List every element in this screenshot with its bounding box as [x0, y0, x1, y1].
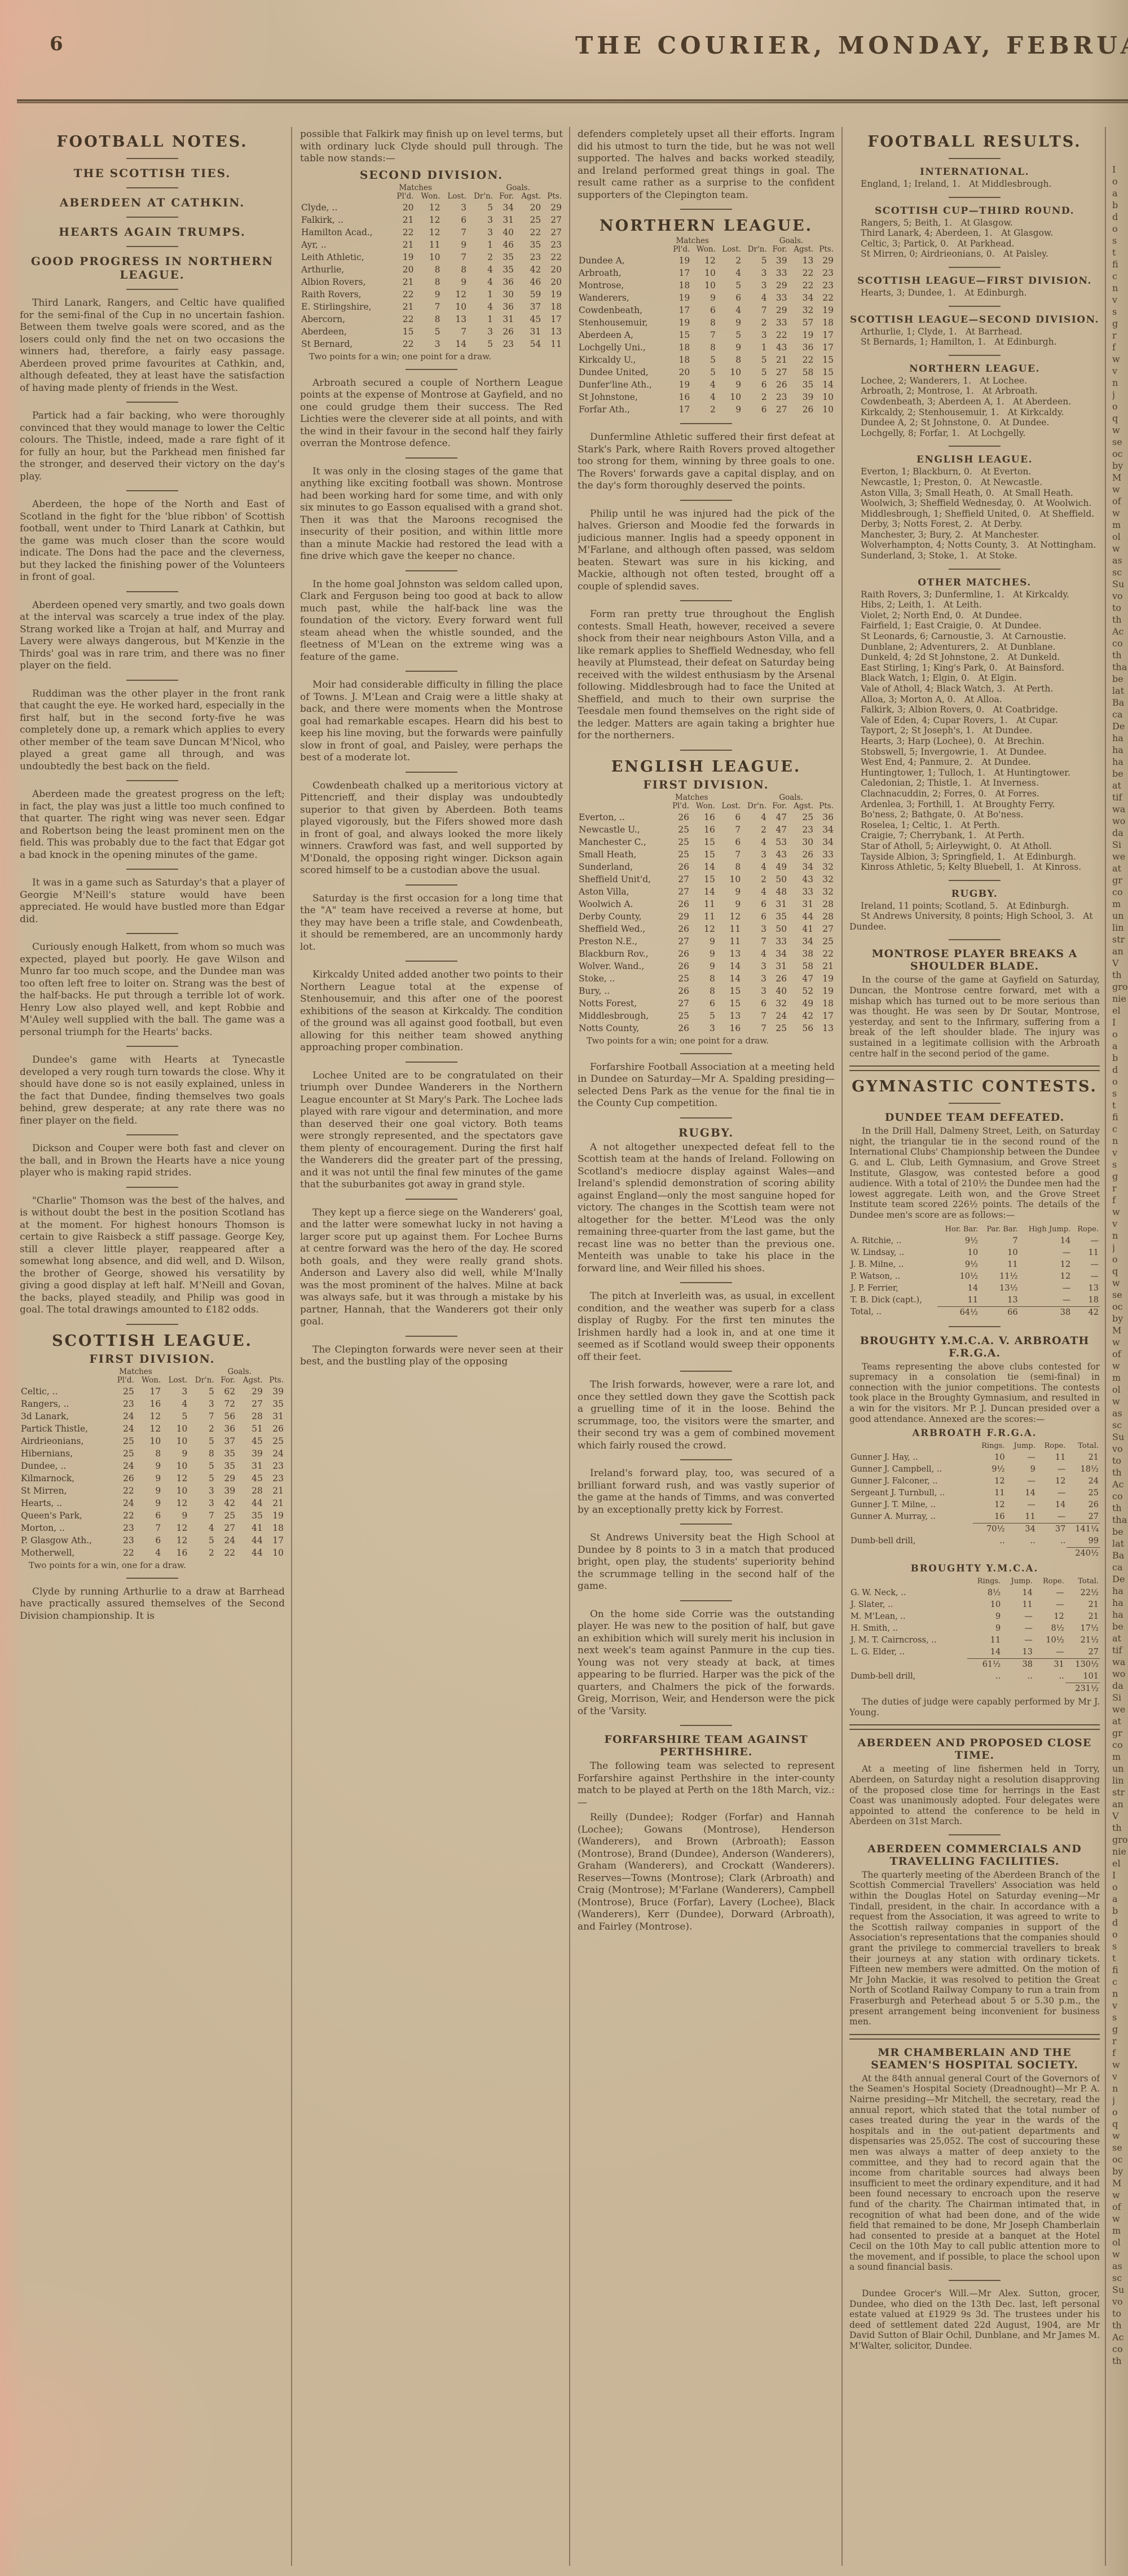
edge-text-fragment: tif: [1112, 791, 1128, 803]
table-cell: 34: [788, 861, 814, 873]
table-cell: 25: [1067, 1487, 1100, 1499]
gym-table: Hor. Bar.Par. Bar.High Jump.Rope.A. Ritc…: [849, 1223, 1100, 1319]
table-cell: 59: [515, 288, 542, 301]
section-divider: [949, 1326, 1001, 1327]
table-cell: 9: [717, 316, 742, 329]
paragraph: Clyde by running Arthurlie to a draw at …: [20, 1586, 285, 1623]
table-cell: Dr'n.: [742, 245, 768, 254]
edge-text-fragment: g: [1112, 1170, 1128, 1182]
table-cell: [849, 1575, 967, 1587]
table-cell: 5: [162, 1410, 188, 1423]
table-cell: M. M'Lean, ..: [849, 1611, 967, 1623]
table-cell: 11: [415, 239, 441, 251]
paragraph: In the Drill Hall, Dalmeny Street, Leith…: [849, 1126, 1100, 1220]
table-cell: Airdrieonians,: [20, 1435, 111, 1447]
table-cell: 19: [668, 378, 691, 391]
table-cell: Jump.: [1006, 1440, 1037, 1452]
edge-text-fragment: s: [1112, 235, 1128, 246]
section-headline: FOOTBALL NOTES.: [20, 133, 285, 151]
edge-text-fragment: n: [1112, 2082, 1128, 2094]
table-cell: 51: [236, 1423, 264, 1435]
table-row: Notts Forest,276156324918: [578, 997, 835, 1010]
table-cell: 13: [814, 1022, 835, 1034]
result-line: Falkirk, 3; Albion Rovers, 0. At Coatbri…: [849, 704, 1100, 715]
edge-text-fragment: w: [1112, 2213, 1128, 2225]
table-cell: Gunner A. Murray, ..: [849, 1511, 973, 1523]
table-cell: Pts.: [814, 245, 835, 254]
table-cell: 5: [691, 366, 717, 378]
league-table: MatchesGoals.Pl'd.Won.Lost.Dr'n.For.Agst…: [578, 794, 835, 1046]
table-cell: 6: [742, 403, 768, 416]
table-cell: 3: [742, 985, 768, 997]
table-cell: Kilmarnock,: [20, 1472, 111, 1485]
table-cell: 26: [667, 898, 690, 910]
table-cell: 7: [716, 848, 742, 861]
table-cell: 27: [768, 403, 788, 416]
table-cell: 5: [188, 1534, 215, 1547]
edge-text-fragment: w: [1112, 2059, 1128, 2071]
paragraph: Philip until he was injured had the pick…: [578, 508, 835, 593]
paragraph: They kept up a fierce siege on the Wande…: [300, 1207, 563, 1328]
table-cell: P. Watson, ..: [849, 1271, 937, 1283]
table-cell: Pts.: [542, 192, 563, 201]
table-cell: Aston Villa,: [578, 886, 667, 898]
result-line: Vale of Eden, 4; Cupar Rovers, 1. At Cup…: [849, 715, 1100, 726]
table-row: G. W. Neck, ..8½14—22½: [849, 1587, 1100, 1599]
table-cell: 5: [188, 1385, 215, 1398]
table-cell: 19: [542, 288, 563, 301]
edge-text-fragment: v: [1112, 2071, 1128, 2082]
section-divider: [406, 1336, 457, 1337]
result-line: Vale of Atholl, 4; Black Watch, 3. At Pe…: [849, 684, 1100, 694]
edge-text-fragment: w: [1112, 507, 1128, 519]
paragraph: Aberdeen, the hope of the North and East…: [20, 499, 285, 584]
table-cell: 12: [1034, 1611, 1065, 1623]
table-cell: Agst.: [236, 1376, 264, 1385]
table-cell: 12: [415, 214, 441, 226]
result-line: St Bernards, 1; Hamilton, 1. At Edinburg…: [849, 337, 1100, 347]
table-row: Bury, ..268153405219: [578, 985, 835, 997]
table-row: Sheffield Unit'd,2715102504332: [578, 873, 835, 886]
table-cell: 10: [162, 1485, 188, 1497]
table-cell: —: [1072, 1259, 1100, 1271]
table-cell: 12: [135, 1423, 162, 1435]
table-cell: 11: [716, 923, 742, 935]
table-cell: 10: [415, 251, 441, 263]
table-cell: Derby County,: [578, 910, 667, 923]
table-cell: 12: [135, 1410, 162, 1423]
paragraph: Aberdeen opened very smartly, and two go…: [20, 600, 285, 672]
table-cell: 48: [768, 886, 788, 898]
table-cell: Notts Forest,: [578, 997, 667, 1010]
edge-text-fragment: s: [1112, 1159, 1128, 1170]
table-row: Wanderers,19964333422: [578, 292, 835, 304]
table-cell: 21: [391, 276, 415, 288]
table-cell: 39: [768, 254, 788, 267]
table-cell: 8: [690, 985, 716, 997]
table-cell: 15: [716, 985, 742, 997]
result-line: St Andrews University, 8 points; High Sc…: [849, 911, 1100, 932]
table-cell: 3: [742, 848, 768, 861]
edge-text-fragment: oc: [1112, 2154, 1128, 2165]
table-cell: 6: [135, 1534, 162, 1547]
table-cell: 49: [788, 997, 814, 1010]
article-headline: DUNDEE TEAM DEFEATED.: [853, 1111, 1096, 1124]
table-row: Dundee United,205105275815: [578, 366, 835, 378]
result-line: Ardenlea, 3; Forthill, 1. At Broughty Fe…: [849, 799, 1100, 810]
section-subhead: RUGBY.: [578, 1126, 835, 1139]
table-header-row: Pl'd.Won.Lost.Dr'n.For.Agst.Pts.: [20, 1376, 285, 1385]
table-cell: 26: [667, 1022, 690, 1034]
table-cell: Agst.: [788, 802, 814, 811]
table-header-row: Pl'd.Won.Lost.Dr'n.For.Agst.Pts.: [300, 192, 563, 201]
section-divider: [680, 423, 732, 424]
table-cell: Dumb-bell drill,: [849, 1535, 973, 1548]
table-cell: 12: [441, 288, 468, 301]
table-cell: Dundee United,: [578, 366, 668, 378]
table-cell: 7: [716, 824, 742, 836]
table-cell: St Mirren,: [20, 1485, 111, 1497]
results-title: SCOTTISH LEAGUE—SECOND DIVISION.: [849, 314, 1100, 325]
table-cell: 2: [188, 1423, 215, 1435]
table-cell: 34: [814, 836, 835, 848]
edge-text-fragment: o: [1112, 223, 1128, 235]
table-cell: 4: [691, 391, 717, 403]
table-cell: 4: [468, 276, 494, 288]
edge-text-fragment: of: [1112, 2201, 1128, 2213]
table-cell: 56: [788, 1022, 814, 1034]
table-cell: 21: [391, 239, 415, 251]
section-divider: [680, 1371, 732, 1372]
table-cell: 14: [716, 960, 742, 972]
table-cell: [849, 1223, 937, 1235]
section-divider: [406, 369, 457, 370]
table-row: P. Watson, ..10½11½12—: [849, 1271, 1100, 1283]
table-cell: Gunner J. T. Milne, ..: [849, 1499, 973, 1511]
table-row: Derby County,2911126354428: [578, 910, 835, 923]
section-divider: [949, 2280, 1001, 2281]
table-cell: 52: [788, 985, 814, 997]
paragraph: Form ran pretty true throughout the Engl…: [578, 609, 835, 742]
table-cell: 30: [494, 288, 515, 301]
results-title: SCOTTISH CUP—THIRD ROUND.: [849, 205, 1100, 217]
table-cell: 27: [667, 886, 690, 898]
table-cell: 29: [215, 1472, 236, 1485]
table-cell: L. G. Elder, ..: [849, 1646, 967, 1659]
table-cell: 35: [788, 378, 815, 391]
table-header-row: Rings.Jump.Rope.Total.: [849, 1575, 1100, 1587]
table-cell: 8: [690, 972, 716, 985]
table-cell: 17: [264, 1534, 285, 1547]
table-cell: [973, 1548, 1006, 1560]
table-cell: 19: [788, 329, 815, 341]
table-cell: 41: [236, 1522, 264, 1534]
table-row: Queen's Park,22697253519: [20, 1509, 285, 1522]
table-cell: 4: [468, 263, 494, 276]
paragraph: A not altogether unexpected defeat fell …: [578, 1142, 835, 1275]
subtotal-row: 70½3437141¼: [849, 1523, 1100, 1536]
table-cell: 12: [1019, 1271, 1072, 1283]
section-divider: [949, 569, 1001, 570]
table-cell: Won.: [135, 1376, 162, 1385]
table-cell: 43: [788, 873, 814, 886]
table-cell: Rings.: [973, 1440, 1006, 1452]
edge-text-fragment: sc: [1112, 2272, 1128, 2284]
paragraph: possible that Falkirk may finish up on l…: [300, 129, 563, 165]
edge-text-fragment: f: [1112, 341, 1128, 353]
table-cell: 24: [1067, 1476, 1100, 1487]
gym-table-grid: Hor. Bar.Par. Bar.High Jump.Rope.A. Ritc…: [849, 1223, 1100, 1319]
table-cell: 33: [768, 935, 788, 948]
table-cell: 9: [690, 948, 716, 960]
edge-text-fragment: v: [1112, 365, 1128, 377]
table-cell: 27: [542, 226, 563, 239]
table-cell: 36: [788, 341, 815, 354]
table-cell: 27: [215, 1522, 236, 1534]
table-cell: 7: [742, 1010, 768, 1022]
table-cell: 18: [814, 316, 835, 329]
result-line: Lochee, 2; Wanderers, 1. At Lochee.: [849, 376, 1100, 386]
table-cell: 26: [788, 848, 814, 861]
table-cell: 9: [135, 1472, 162, 1485]
edge-text-fragment: th: [1112, 1502, 1128, 1514]
edge-text-fragment: lin: [1112, 1774, 1128, 1786]
edge-text-fragment: w: [1112, 424, 1128, 436]
dumbbell-row: Dumb-bell drill,......101: [849, 1671, 1100, 1683]
table-cell: St Johnstone,: [578, 391, 668, 403]
table-cell: Rope.: [1037, 1440, 1067, 1452]
table-cell: 25: [667, 972, 690, 985]
edge-text-fragment: j: [1112, 1241, 1128, 1253]
column-rule: [841, 127, 843, 2566]
table-cell: 2: [742, 316, 768, 329]
table-cell: 22: [391, 313, 415, 325]
gym-table-grid: Rings.Jump.Rope.Total.G. W. Neck, ..8½14…: [849, 1575, 1100, 1695]
table-row: Ayr, ..211191463523: [300, 239, 563, 251]
table-cell: 53: [768, 836, 788, 848]
table-cell: 56: [215, 1410, 236, 1423]
table-cell: 5: [188, 1435, 215, 1447]
table-cell: 8½: [967, 1587, 1002, 1599]
table-cell: 15: [391, 325, 415, 338]
table-row: Partick Thistle,2412102365126: [20, 1423, 285, 1435]
table-cell: 23: [111, 1522, 135, 1534]
section-divider: [680, 500, 732, 501]
edge-text-fragment: a: [1112, 1040, 1128, 1052]
edge-text-fragment: sc: [1112, 1419, 1128, 1431]
edge-text-fragment: o: [1112, 1253, 1128, 1265]
table-cell: 10: [441, 301, 468, 313]
table-cell: 42: [788, 1010, 814, 1022]
table-cell: 2: [742, 391, 768, 403]
table-cell: Cowdenbeath,: [578, 304, 668, 316]
table-cell: 50: [768, 873, 788, 886]
table-row: E. Stirlingshire,217104363718: [300, 301, 563, 313]
table-cell: 21: [1065, 1599, 1100, 1611]
table-row: Notts County,263167255613: [578, 1022, 835, 1034]
table-row: Middlesbrough,255137244217: [578, 1010, 835, 1022]
table-cell: Hearts, ..: [20, 1497, 111, 1509]
section-divider: [406, 457, 457, 459]
edge-text-fragment: ca: [1112, 708, 1128, 720]
edge-text-fragment: o: [1112, 1928, 1128, 1940]
table-cell: 7: [135, 1522, 162, 1534]
edge-text-fragment: da: [1112, 1680, 1128, 1692]
edge-text-fragment: n: [1112, 377, 1128, 389]
table-cell: 6: [742, 378, 768, 391]
section-divider: [126, 490, 178, 491]
edge-text-fragment: at: [1112, 1715, 1128, 1727]
table-cell: 9: [967, 1611, 1002, 1623]
paragraph: Forfarshire Football Association at a me…: [578, 1062, 835, 1110]
edge-text-fragment: vo: [1112, 1443, 1128, 1455]
page-number: 6: [50, 33, 63, 55]
table-cell: H. Smith, ..: [849, 1623, 967, 1635]
result-line: Hearts, 3; Harp (Lochee), 0. At Brechin.: [849, 736, 1100, 747]
table-cell: 29: [667, 910, 690, 923]
table-cell: [849, 1659, 967, 1671]
table-cell: Lost.: [717, 245, 742, 254]
edge-text-fragment: Ac: [1112, 626, 1128, 637]
section-headline: NORTHERN LEAGUE.: [578, 217, 835, 235]
result-line: Hibs, 2; Leith, 1. At Leith.: [849, 600, 1100, 610]
table-cell: Falkirk, ..: [300, 214, 391, 226]
table-cell: 47: [788, 972, 814, 985]
edge-text-fragment: el: [1112, 1857, 1128, 1869]
table-group-row: MatchesGoals.: [300, 184, 563, 192]
column-rule: [1105, 127, 1106, 2566]
edge-text-fragment: n: [1112, 1230, 1128, 1241]
table-cell: 26: [111, 1472, 135, 1485]
table-cell: 2: [188, 1547, 215, 1559]
table-cell: 18: [814, 997, 835, 1010]
edge-text-fragment: be: [1112, 1526, 1128, 1538]
table-row: Abercorn,228131314517: [300, 313, 563, 325]
table-cell: 29: [768, 304, 788, 316]
table-cell: 24: [111, 1423, 135, 1435]
table-cell: 10: [162, 1423, 188, 1435]
table-cell: 9: [690, 960, 716, 972]
edge-text-fragment: gr: [1112, 1727, 1128, 1739]
table-cell: 22: [111, 1485, 135, 1497]
table-cell: 1: [468, 313, 494, 325]
edge-text-fragment: we: [1112, 851, 1128, 862]
table-cell: —: [1006, 1452, 1037, 1464]
section-divider: [680, 1523, 732, 1525]
result-line: Rangers, 5; Beith, 1. At Glasgow.: [849, 218, 1100, 228]
table-cell: [1037, 1548, 1067, 1560]
table-row: L. G. Elder, ..1413—27: [849, 1646, 1100, 1659]
table-cell: 23: [515, 251, 542, 263]
result-line: Roselea, 1; Celtic, 1. At Perth.: [849, 820, 1100, 831]
edge-text-fragment: w: [1112, 1277, 1128, 1289]
table-row: St Bernard,223145235411: [300, 338, 563, 350]
table-cell: 37: [1037, 1523, 1067, 1536]
table-row: Rangers, ..231643722735: [20, 1398, 285, 1410]
edge-text-fragment: c: [1112, 1976, 1128, 1988]
section-subhead: THE SCOTTISH TIES.: [20, 166, 285, 180]
table-cell: Pl'd.: [668, 245, 691, 254]
table-row: Wolver. Wand.,269143315821: [578, 960, 835, 972]
edge-text-fragment: at: [1112, 862, 1128, 874]
table-cell: E. Stirlingshire,: [300, 301, 391, 313]
table-cell: 9: [716, 886, 742, 898]
edge-text-fragment: t: [1112, 1952, 1128, 1964]
table-row: Sunderland,261484493432: [578, 861, 835, 873]
table-cell: Pts.: [264, 1376, 285, 1385]
results-title: RUGBY.: [849, 888, 1100, 900]
table-cell: [264, 1368, 285, 1376]
table-cell: 4: [742, 861, 768, 873]
table-cell: 22: [391, 338, 415, 350]
table-cell: 43: [768, 341, 788, 354]
table-cell: [1006, 1548, 1037, 1560]
table-cell: Blackburn Rov.,: [578, 948, 667, 960]
result-line: Fairfield, 1; East Craigie, 0. At Dundee…: [849, 620, 1100, 631]
edge-text-fragment: v: [1112, 1218, 1128, 1230]
edge-text-fragment: ol: [1112, 2236, 1128, 2248]
table-cell: Matches: [111, 1368, 215, 1376]
table-cell: 8½: [1034, 1623, 1065, 1635]
section-divider: [680, 1053, 732, 1054]
table-cell: 9: [441, 276, 468, 288]
table-row: Everton, ..261664472536: [578, 811, 835, 824]
edge-text-fragment: wo: [1112, 1668, 1128, 1680]
edge-text-fragment: s: [1112, 1940, 1128, 1952]
results-group: NORTHERN LEAGUE.Lochee, 2; Wanderers, 1.…: [849, 363, 1100, 439]
subtotal-row: 61½3831130½: [849, 1659, 1100, 1671]
table-cell: Won.: [690, 802, 716, 811]
table-cell: 130½: [1065, 1659, 1100, 1671]
table-cell: 3: [742, 960, 768, 972]
table-cell: 26: [768, 972, 788, 985]
section-divider: [126, 158, 178, 159]
edge-text-fragment: fi: [1112, 258, 1128, 270]
edge-text-fragment: j: [1112, 2094, 1128, 2106]
article-headline: ABERDEEN AND PROPOSED CLOSE TIME.: [853, 1737, 1096, 1762]
table-cell: 43: [768, 848, 788, 861]
table-cell: 11½: [979, 1271, 1019, 1283]
table-cell: Agst.: [515, 192, 542, 201]
league-table: MatchesGoals.Pl'd.Won.Lost.Dr'n.For.Agst…: [578, 237, 835, 416]
table-cell: P. Glasgow Ath.,: [20, 1534, 111, 1547]
table-cell: 3: [468, 226, 494, 239]
table-cell: Manchester C.,: [578, 836, 667, 848]
table-cell: 20: [542, 263, 563, 276]
gym-table-title: ARBROATH F.R.G.A.: [849, 1428, 1100, 1438]
table-cell: 25: [215, 1509, 236, 1522]
edge-text-fragment: wo: [1112, 815, 1128, 827]
table-cell: Queen's Park,: [20, 1509, 111, 1522]
paragraph: Dundee's game with Hearts at Tynecastle …: [20, 1054, 285, 1127]
edge-text-fragment: th: [1112, 1467, 1128, 1478]
table-cell: 27: [768, 366, 788, 378]
table-row: A. Ritchie, ..9½714—: [849, 1235, 1100, 1247]
table-cell: 24: [215, 1534, 236, 1547]
table-row: Aberdeen A,15753221917: [578, 329, 835, 341]
table-cell: 26: [768, 378, 788, 391]
section-divider: [126, 402, 178, 403]
result-line: Aston Villa, 3; Small Heath, 0. At Small…: [849, 488, 1100, 499]
table-cell: J. P. Ferrier,: [849, 1283, 937, 1294]
result-line: Hearts, 3; Dundee, 1. At Edinburgh.: [849, 288, 1100, 298]
edge-text-fragment: w: [1112, 1206, 1128, 1218]
table-cell: 9: [441, 239, 468, 251]
paragraph: The pitch at Inverleith was, as usual, i…: [578, 1291, 835, 1363]
article-headline: BROUGHTY Y.M.C.A. V. ARBROATH F.R.G.A.: [853, 1335, 1096, 1359]
section-divider: [406, 772, 457, 773]
table-cell: —: [1072, 1271, 1100, 1283]
